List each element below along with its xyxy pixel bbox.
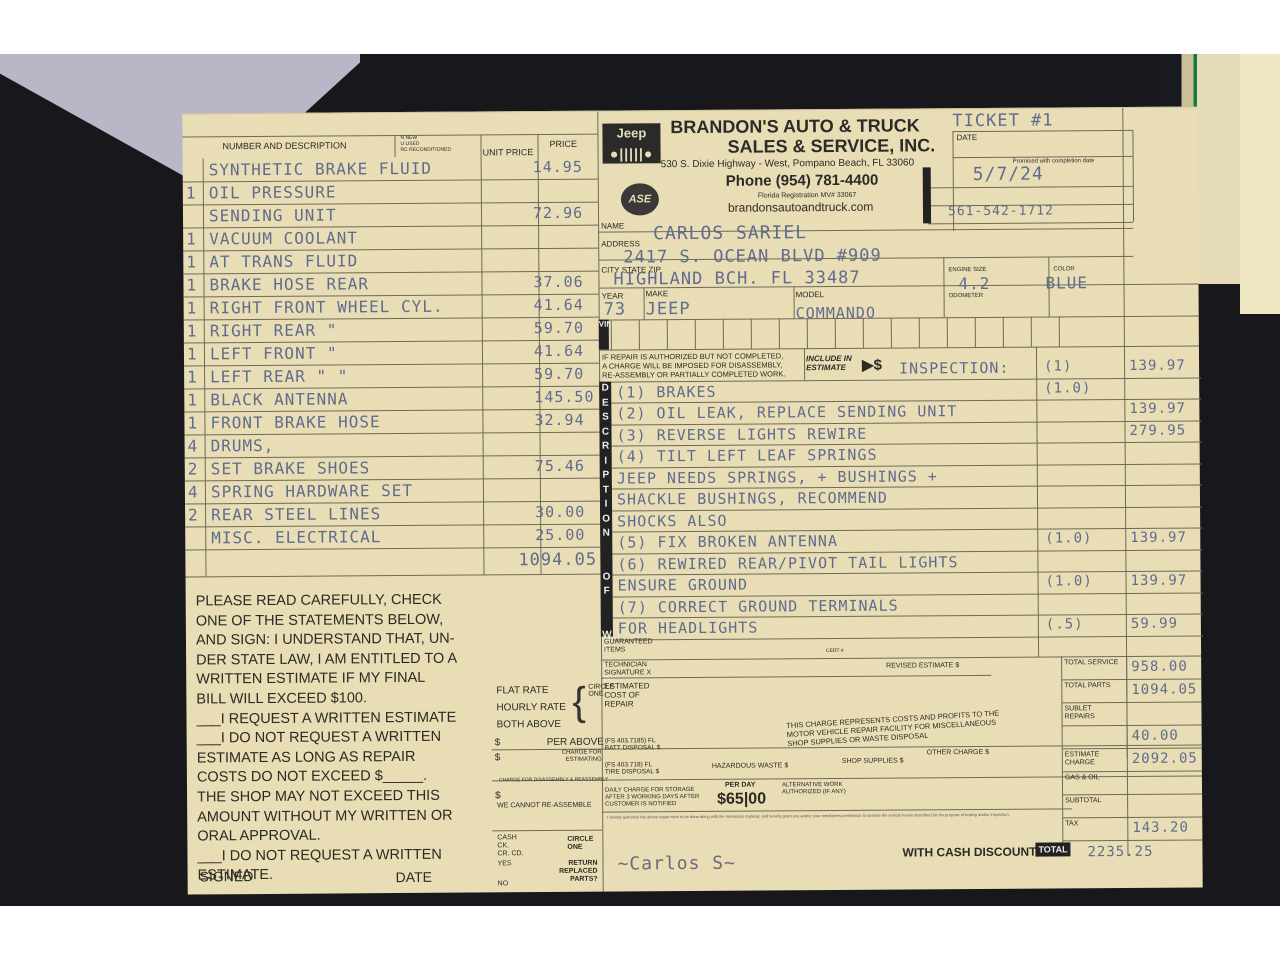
work-description: (2) OIL LEAK, REPLACE SENDING UNIT	[616, 402, 957, 422]
other-charge-label: OTHER CHARGE $	[927, 749, 989, 756]
business-website: brandonsautoandtruck.com	[728, 200, 874, 215]
work-description: JEEP NEEDS SPRINGS, + BUSHINGS +	[617, 467, 938, 487]
work-description: (4) TILT LEFT LEAF SPRINGS	[617, 446, 878, 466]
vehicle-color: BLUE	[1045, 273, 1088, 292]
tire-disposal-label: (FS 403.718) FL TIRE DISPOSAL $	[605, 761, 665, 775]
jeep-logo: Jeep●|||||●	[602, 123, 660, 163]
part-description: BRAKE HOSE REAR	[209, 274, 369, 294]
part-description: SPRING HARDWARE SET	[211, 481, 413, 501]
circle-one-label: CIRCLE ONE	[588, 684, 596, 698]
work-description: ENSURE GROUND	[618, 576, 749, 595]
description-of-work-label: DESCRIPTIONOFWORK	[599, 382, 613, 637]
disclaimer-line: AMOUNT WITHOUT MY WRITTEN OR	[197, 806, 487, 828]
make-label: MAKE	[646, 289, 669, 298]
totals-value: 1094.05	[1131, 681, 1197, 697]
disclaimer-line: ___I DO NOT REQUEST A WRITTEN	[197, 845, 487, 867]
charge-estimating-label: CHARGE FOR ESTIMATING	[552, 750, 602, 764]
date-sign-label: DATE	[396, 869, 432, 885]
part-qty: 4	[188, 482, 199, 501]
part-description: LEFT FRONT "	[210, 343, 338, 363]
work-description: (7) CORRECT GROUND TERMINALS	[618, 596, 899, 616]
shop-supplies-label: SHOP SUPPLIES $	[842, 758, 904, 765]
date-value: 5/7/24	[973, 164, 1044, 185]
grand-total-value: 2235.25	[1087, 844, 1153, 860]
work-hours: (1.0)	[1044, 380, 1091, 396]
part-description: MISC. ELECTRICAL	[211, 527, 381, 547]
technician-signature-label: TECHNICIAN SIGNATURE X	[604, 661, 664, 677]
disclaimer-line: ONE OF THE STATEMENTS BELOW,	[196, 610, 486, 632]
repair-order-form: Jeep●|||||● BRANDON'S AUTO & TRUCK SALES…	[182, 106, 1202, 894]
return-parts-label: RETURN REPLACED PARTS?	[553, 860, 598, 884]
per-above-dollar: $	[495, 737, 501, 748]
part-price: 14.95	[533, 158, 583, 176]
customer-phone: 561-542-1712	[948, 203, 1054, 219]
part-description: OIL PRESSURE	[209, 182, 337, 202]
color-label: COLOR	[1053, 266, 1074, 272]
work-description: INSPECTION:	[899, 359, 1009, 378]
totals-value: 143.20	[1132, 820, 1189, 836]
shop-supplies-notice: THIS CHARGE REPRESENTS COSTS AND PROFITS…	[786, 708, 1007, 748]
part-qty: 1	[187, 390, 198, 409]
customer-name: CARLOS SARIEL	[653, 222, 807, 244]
part-price: 72.96	[533, 204, 583, 222]
cert-label: CERT #	[826, 648, 844, 654]
vehicle-year: 73	[604, 299, 627, 319]
disclaimer-line: AND SIGN: I UNDERSTAND THAT, UN-	[196, 630, 486, 652]
part-price: 41.64	[534, 296, 584, 314]
totals-label: TOTAL SERVICE	[1064, 659, 1122, 667]
rate-flat[interactable]: FLAT RATE	[496, 685, 548, 696]
part-price: 37.06	[533, 273, 583, 291]
totals-label: GAS & OIL	[1065, 774, 1123, 782]
part-description: FRONT BRAKE HOSE	[210, 412, 380, 432]
work-hours: (1.0)	[1045, 530, 1092, 546]
work-description: (5) FIX BROKEN ANTENNA	[617, 532, 838, 552]
engine-label: ENGINE SIZE	[948, 267, 986, 273]
part-qty: 1	[186, 275, 197, 294]
disclaimer-line: ___I DO NOT REQUEST A WRITTEN	[197, 728, 487, 750]
authorization-notice: IF REPAIR IS AUTHORIZED BUT NOT COMPLETE…	[602, 351, 786, 379]
ase-badge-icon: ASE	[621, 183, 659, 215]
totals-value: 40.00	[1132, 728, 1179, 744]
include-estimate-label: INCLUDE IN ESTIMATE	[806, 354, 858, 372]
business-phone: Phone (954) 781-4400	[726, 172, 879, 190]
signed-label: SIGNED	[200, 868, 254, 884]
work-description: (1) BRAKES	[616, 382, 716, 401]
estimated-cost-label: ESTIMATED COST OF REPAIR	[604, 681, 649, 708]
work-description: SHOCKS ALSO	[617, 511, 727, 530]
part-qty: 2	[188, 505, 199, 524]
part-description: BLACK ANTENNA	[210, 389, 348, 409]
estimating-dollar: $	[495, 752, 501, 763]
totals-label: SUBLET REPAIRS	[1064, 705, 1122, 721]
part-price: 59.70	[534, 365, 584, 383]
totals-label: SUBTOTAL	[1065, 797, 1123, 805]
disclaimer-line: THE SHOP MAY NOT EXCEED THIS	[197, 786, 487, 808]
part-qty: 1	[187, 413, 198, 432]
include-estimate-icon: ▶$	[862, 356, 882, 374]
cannot-reassemble-label: WE CANNOT RE-ASSEMBLE	[497, 802, 591, 810]
battery-disposal-label: (FS 403.7185) FL BATT DISPOSAL $	[605, 737, 665, 751]
revised-estimate-label: REVISED ESTIMATE $	[886, 662, 959, 670]
part-description: AT TRANS FLUID	[209, 251, 358, 271]
work-amount: 139.97	[1130, 530, 1187, 546]
model-label: MODEL	[796, 290, 825, 299]
vehicle-make: JEEP	[646, 299, 691, 319]
payment-circle-label: CIRCLE ONE	[567, 836, 597, 852]
part-price: 145.50	[534, 388, 594, 406]
part-description: REAR STEEL LINES	[211, 504, 381, 524]
cash-discount-label: WITH CASH DISCOUNT	[902, 845, 1036, 860]
business-address: 530 S. Dixie Highway - West, Pompano Bea…	[661, 157, 915, 170]
estimate-disclaimer: PLEASE READ CAREFULLY, CHECKONE OF THE S…	[196, 590, 488, 886]
part-price: 32.94	[534, 411, 584, 429]
part-price: 30.00	[535, 503, 585, 521]
hazardous-waste-label: HAZARDOUS WASTE $	[712, 762, 788, 770]
part-description: LEFT REAR " "	[210, 366, 348, 386]
disclaimer-line: ESTIMATE AS LONG AS REPAIR	[197, 747, 487, 769]
part-description: VACUUM COOLANT	[209, 228, 358, 248]
return-no[interactable]: NO	[498, 880, 509, 887]
part-price: 41.64	[534, 342, 584, 360]
totals-label: ESTIMATE CHARGE	[1065, 751, 1123, 767]
disclaimer-line: ORAL APPROVAL.	[197, 826, 487, 848]
work-amount: 139.97	[1129, 358, 1186, 374]
work-hours: (1.0)	[1046, 573, 1093, 589]
part-qty: 1	[187, 298, 198, 317]
part-price: 25.00	[535, 526, 585, 544]
part-qty: 1	[187, 321, 198, 340]
work-amount: 59.99	[1131, 616, 1178, 632]
disclaimer-line: COSTS DO NOT EXCEED $_____.	[197, 767, 487, 789]
totals-value: 2092.05	[1132, 750, 1198, 766]
brace-icon: {	[572, 682, 586, 722]
reassemble-note: CHARGE FOR DISASSEMBLY & REASSEMBLY	[499, 777, 608, 784]
parts-header-condition: N NEWU USEDRC RECONDITIONED	[400, 135, 451, 153]
business-registration: Florida Registration MV# 33067	[758, 192, 856, 200]
work-hours: (.5)	[1046, 616, 1084, 632]
work-amount: 139.97	[1131, 573, 1188, 589]
disclaimer-line: BILL WILL EXCEED $100.	[196, 688, 486, 710]
rate-hourly[interactable]: HOURLY RATE	[496, 702, 566, 713]
reassemble-dollar: $	[495, 790, 501, 801]
totals-label: TOTAL PARTS	[1064, 682, 1122, 690]
return-yes[interactable]: YES	[498, 860, 512, 867]
part-description: RIGHT REAR "	[210, 320, 338, 340]
date-label: DATE	[956, 133, 977, 142]
parts-header-description: NUMBER AND DESCRIPTION	[222, 140, 346, 151]
totals-value: 958.00	[1131, 659, 1188, 675]
disclaimer-line: WRITTEN ESTIMATE IF MY FINAL	[196, 669, 486, 691]
name-label: NAME	[601, 221, 624, 230]
work-description: SHACKLE BUSHINGS, RECOMMEND	[617, 489, 888, 509]
disclaimer-line: DER STATE LAW, I AM ENTITLED TO A	[196, 649, 486, 671]
per-day-amount: $65|00	[717, 790, 766, 808]
alt-work-label: ALTERNATIVE WORK AUTHORIZED (IF ANY)	[782, 782, 852, 796]
customer-signature: ~Carlos S~	[617, 853, 736, 875]
guaranteed-items-label: GUARANTEED ITEMS	[604, 638, 644, 654]
part-price: 75.46	[535, 457, 585, 475]
storage-charge-label: DAILY CHARGE FOR STORAGE AFTER 3 WORKING…	[605, 787, 705, 809]
parts-total: 1094.05	[518, 550, 597, 571]
part-qty: 1	[186, 183, 197, 202]
part-qty: 1	[187, 367, 198, 386]
work-amount: 139.97	[1129, 401, 1186, 417]
part-description: SENDING UNIT	[209, 205, 337, 225]
vin-label: VIN	[599, 320, 609, 350]
part-price: 59.70	[534, 319, 584, 337]
totals-label: TAX	[1065, 820, 1123, 828]
work-description: (6) REWIRED REAR/PIVOT TAIL LIGHTS	[617, 553, 958, 573]
work-description: (3) REVERSE LIGHTS REWIRE	[616, 424, 867, 444]
customer-city: HIGHLAND BCH. FL 33487	[613, 268, 860, 290]
work-hours: (1)	[1044, 358, 1072, 374]
disclaimer-line: PLEASE READ CAREFULLY, CHECK	[196, 590, 486, 612]
part-description: RIGHT FRONT WHEEL CYL.	[210, 297, 444, 318]
parts-header-unit-price: UNIT PRICE	[483, 147, 534, 157]
per-day-label: PER DAY	[725, 782, 756, 789]
part-qty: 1	[186, 252, 197, 271]
odometer-label: ODOMETER	[949, 293, 984, 299]
total-label: TOTAL	[1035, 842, 1070, 856]
notepad-edge	[1240, 54, 1280, 314]
part-qty: 1	[187, 344, 198, 363]
customer-address: 2417 S. OCEAN BLVD #909	[623, 246, 882, 268]
work-amount: 279.95	[1129, 422, 1186, 438]
part-description: SET BRAKE SHOES	[211, 458, 371, 478]
rate-both[interactable]: BOTH ABOVE	[497, 719, 562, 730]
part-description: SYNTHETIC BRAKE FLUID	[209, 159, 432, 180]
work-description: FOR HEADLIGHTS	[618, 619, 759, 638]
per-above-label: PER ABOVE	[547, 737, 604, 748]
ticket-note: TICKET #1	[952, 110, 1053, 131]
part-qty: 4	[188, 436, 199, 455]
engine-size: 4.2	[958, 274, 990, 293]
part-qty: 1	[186, 229, 197, 248]
side-tab	[923, 167, 931, 223]
part-qty: 2	[188, 459, 199, 478]
payment-options[interactable]: CASHCK.CR. CD.	[497, 834, 523, 858]
part-description: DRUMS,	[211, 436, 275, 455]
disclaimer-line: ___I REQUEST A WRITTEN ESTIMATE	[196, 708, 486, 730]
parts-header-price: PRICE	[549, 139, 577, 149]
business-name-line2: SALES & SERVICE, INC.	[727, 135, 935, 157]
